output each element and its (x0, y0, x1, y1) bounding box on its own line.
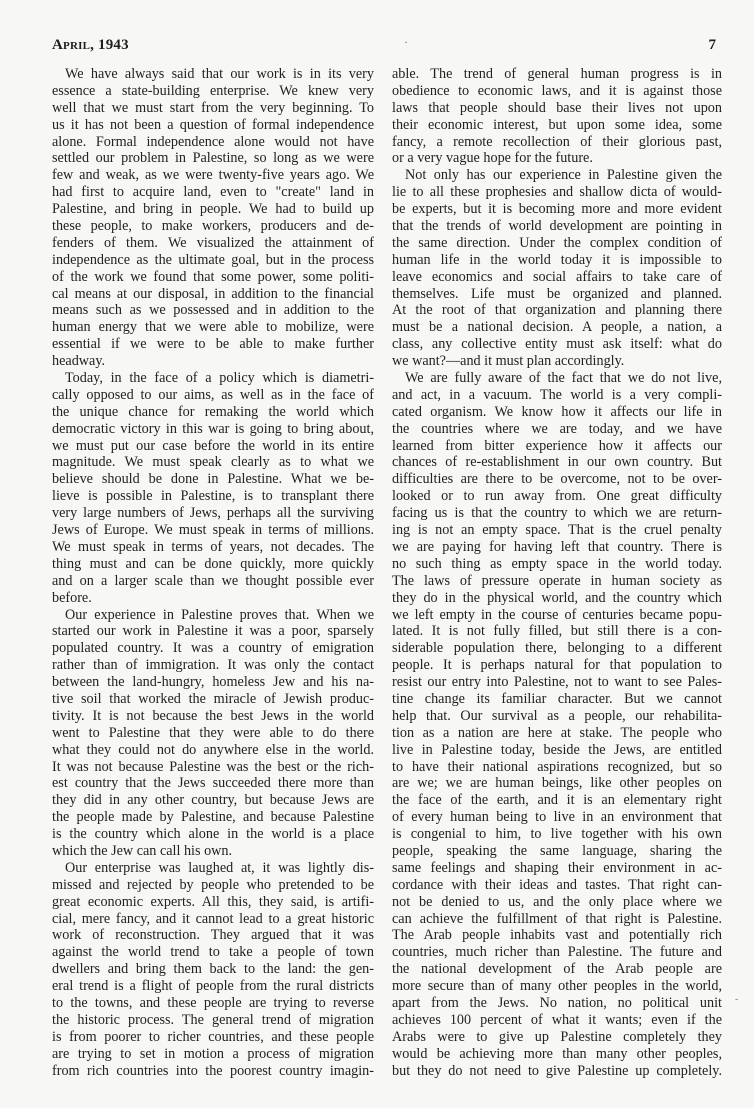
text-line: cal means at our disposal, in addition t… (52, 286, 374, 303)
text-line: magnitude. We must speak clearly as to w… (52, 454, 374, 471)
text-line: Jews of Europe. We must speak in terms o… (52, 522, 374, 539)
text-line: We must speak in terms of years, not dec… (52, 539, 374, 556)
text-line: would be achieving more than many other … (392, 1046, 722, 1063)
text-line: they did in any other country, but becau… (52, 792, 374, 809)
text-line: between the land-hungry, homeless Jew an… (52, 674, 374, 691)
text-line: lieve is possible in Palestine, is to tr… (52, 488, 374, 505)
text-line: same feelings and shaping their environm… (392, 860, 722, 877)
text-line: cated organism. We know how it affects o… (392, 404, 722, 421)
margin-mark: - (735, 994, 738, 1005)
text-line: the unique chance for remaking the world… (52, 404, 374, 421)
text-line: independence as the ultimate goal, but i… (52, 252, 374, 269)
text-line: Our experience in Palestine proves that.… (52, 607, 374, 624)
text-line: chances of re-establishment in our own c… (392, 454, 722, 471)
document-page: April, 1943 · 7 We have always said that… (0, 0, 754, 1108)
text-line: The laws of pressure operate in human so… (392, 573, 722, 590)
text-line: against the world trend to take a people… (52, 944, 374, 961)
text-line: that the trends of world development are… (392, 218, 722, 235)
text-line: can achieve the fulfillment of that righ… (392, 911, 722, 928)
text-line: is the country which alone in the world … (52, 826, 374, 843)
text-line: rather than of immigration. It was only … (52, 657, 374, 674)
header-date: April, 1943 (52, 37, 129, 54)
text-line: help that. Our survival as a people, our… (392, 708, 722, 725)
text-line: but they do not need to give Palestine u… (392, 1063, 722, 1080)
text-line: settled our problem in Palestine, so lon… (52, 150, 374, 167)
text-line: more secure than of many other peoples i… (392, 978, 722, 995)
text-line: and on a larger scale than we thought po… (52, 573, 374, 590)
text-line: no such thing as empty space in the worl… (392, 556, 722, 573)
text-line: what they could not do anywhere else in … (52, 742, 374, 759)
text-line: human life in the world today it is impo… (392, 252, 722, 269)
text-line: went to Palestine that they were able to… (52, 725, 374, 742)
text-line: The Arab people inhabits vast and potent… (392, 927, 722, 944)
text-line: est country that the Jews succeeded ther… (52, 775, 374, 792)
text-line: alone. Formal independence alone would n… (52, 134, 374, 151)
text-line: tion as a nation are here at stake. The … (392, 725, 722, 742)
text-line: great economic experts. All this, they s… (52, 894, 374, 911)
text-line: the countries where we are today, and we… (392, 421, 722, 438)
text-line: essential if we were to be able to make … (52, 336, 374, 353)
text-line: before. (52, 590, 374, 607)
text-line: apart from the Jews. No nation, no polit… (392, 995, 722, 1012)
text-line: be experts, but it is becoming more and … (392, 201, 722, 218)
text-line: to have their national aspirations recog… (392, 759, 722, 776)
text-line: missed and rejected by people who preten… (52, 877, 374, 894)
text-line: means such as we possessed and in additi… (52, 302, 374, 319)
text-line: looked or to run away from. One great di… (392, 488, 722, 505)
text-line: work of reconstruction. They argued that… (52, 927, 374, 944)
text-line: must be a national decision. A people, a… (392, 319, 722, 336)
text-line: tivity. It is not because the best Jews … (52, 708, 374, 725)
text-line: At the root of that organization and pla… (392, 302, 722, 319)
text-line: siderable population there, belonging to… (392, 640, 722, 657)
text-line: cordance with their ideas and tastes. Th… (392, 877, 722, 894)
text-line: the people made by Palestine, and becaus… (52, 809, 374, 826)
text-line: or a very vague hope for the future. (392, 150, 722, 167)
text-line: these people, to make workers, producers… (52, 218, 374, 235)
text-line: cial, mere fancy, and it cannot lead to … (52, 911, 374, 928)
text-line: themselves. Life must be organized and p… (392, 286, 722, 303)
text-line: us it has not been a question of formal … (52, 117, 374, 134)
header-center-mark: · (404, 35, 408, 50)
text-line: are trying to set in motion a process of… (52, 1046, 374, 1063)
text-line: which the Jew can call his own. (52, 843, 374, 860)
text-line: the same direction. Under the complex co… (392, 235, 722, 252)
text-line: laws that people should base their lives… (392, 100, 722, 117)
text-line: people. It is perhaps natural for that p… (392, 657, 722, 674)
text-line: class, any collective entity must ask it… (392, 336, 722, 353)
text-line: dwellers and bring them back to the land… (52, 961, 374, 978)
text-line: populated country. It was a country of e… (52, 640, 374, 657)
text-line: started our work in Palestine it was a p… (52, 623, 374, 640)
text-line: few and weak, as we were twenty-five yea… (52, 167, 374, 184)
text-line: facing us is that the country to which w… (392, 505, 722, 522)
text-line: live in Palestine today, beside the Jews… (392, 742, 722, 759)
page-number: 7 (709, 37, 717, 54)
text-line: Not only has our experience in Palestine… (392, 167, 722, 184)
text-line: fancy, a remote recollection of their gl… (392, 134, 722, 151)
text-line: we want?—and it must plan accordingly. (392, 353, 722, 370)
text-line: We are fully aware of the fact that we d… (392, 370, 722, 387)
text-line: able. The trend of general human progres… (392, 66, 722, 83)
text-line: essence a state-building enterprise. We … (52, 83, 374, 100)
text-line: tive soil that worked the miracle of Jew… (52, 691, 374, 708)
text-line: obedience to economic laws, and it is ag… (392, 83, 722, 100)
text-line: Palestine, and bring in people. We had t… (52, 201, 374, 218)
text-line: resist our entry into Palestine, not to … (392, 674, 722, 691)
text-line: are we; we are human beings, like other … (392, 775, 722, 792)
text-line: leave economics and social affairs to ta… (392, 269, 722, 286)
text-line: Today, in the face of a policy which is … (52, 370, 374, 387)
text-line: very large numbers of Jews, perhaps all … (52, 505, 374, 522)
text-line: we left empty in the course of centuries… (392, 607, 722, 624)
text-line: fenders of them. We visualized the attai… (52, 235, 374, 252)
text-line: and act, in a vacuum. The world is a ver… (392, 387, 722, 404)
text-line: of every human being to live in an envir… (392, 809, 722, 826)
text-line: thing must and can be done quickly, more… (52, 556, 374, 573)
text-line: people, speaking the same language, shar… (392, 843, 722, 860)
text-line: lated. It is not fully filled, but still… (392, 623, 722, 640)
text-line: we are paying for having left that count… (392, 539, 722, 556)
text-line: the national development of the Arab peo… (392, 961, 722, 978)
text-line: not be denied to us, and the only place … (392, 894, 722, 911)
text-line: believe should be done in Palestine. Wha… (52, 471, 374, 488)
text-line: headway. (52, 353, 374, 370)
text-line: is congenial to him, to live together wi… (392, 826, 722, 843)
text-line: from rich countries into the poorest cou… (52, 1063, 374, 1080)
text-line: is from poorer to richer countries, and … (52, 1029, 374, 1046)
text-line: It was not because Palestine was the bes… (52, 759, 374, 776)
text-line: achieves 100 percent of what it wants; e… (392, 1012, 722, 1029)
text-line: We have always said that our work is in … (52, 66, 374, 83)
text-line: human energy that we were able to mobili… (52, 319, 374, 336)
text-line: of the work we found that some power, so… (52, 269, 374, 286)
running-header: April, 1943 · 7 (52, 37, 722, 59)
text-line: Our enterprise was laughed at, it was li… (52, 860, 374, 877)
text-line: to the towns, and these people are tryin… (52, 995, 374, 1012)
text-line: countries, much richer than Palestine. T… (392, 944, 722, 961)
text-line: learned from bitter experience how it af… (392, 438, 722, 455)
text-line: we must put our case before the world in… (52, 438, 374, 455)
text-column-right: able. The trend of general human progres… (392, 66, 722, 1079)
text-line: they do in the physical world, and the c… (392, 590, 722, 607)
text-line: ing is not an empty space. That is the c… (392, 522, 722, 539)
text-line: the face of the earth, and it is an elem… (392, 792, 722, 809)
text-line: Arabs were to give up Palestine complete… (392, 1029, 722, 1046)
text-line: difficulties are there to be overcome, n… (392, 471, 722, 488)
text-line: their economic interest, but upon some i… (392, 117, 722, 134)
text-line: the historic process. The general trend … (52, 1012, 374, 1029)
text-column-left: We have always said that our work is in … (52, 66, 374, 1079)
text-line: eral trend is a flight of people from th… (52, 978, 374, 995)
text-line: lie to all these prophesies and shallow … (392, 184, 722, 201)
text-line: cally opposed to our aims, as well as in… (52, 387, 374, 404)
text-line: tine change its familiar character. But … (392, 691, 722, 708)
text-line: had first to acquire land, even to "crea… (52, 184, 374, 201)
text-line: well that we must start from the very be… (52, 100, 374, 117)
text-line: democratic victory in this war is going … (52, 421, 374, 438)
